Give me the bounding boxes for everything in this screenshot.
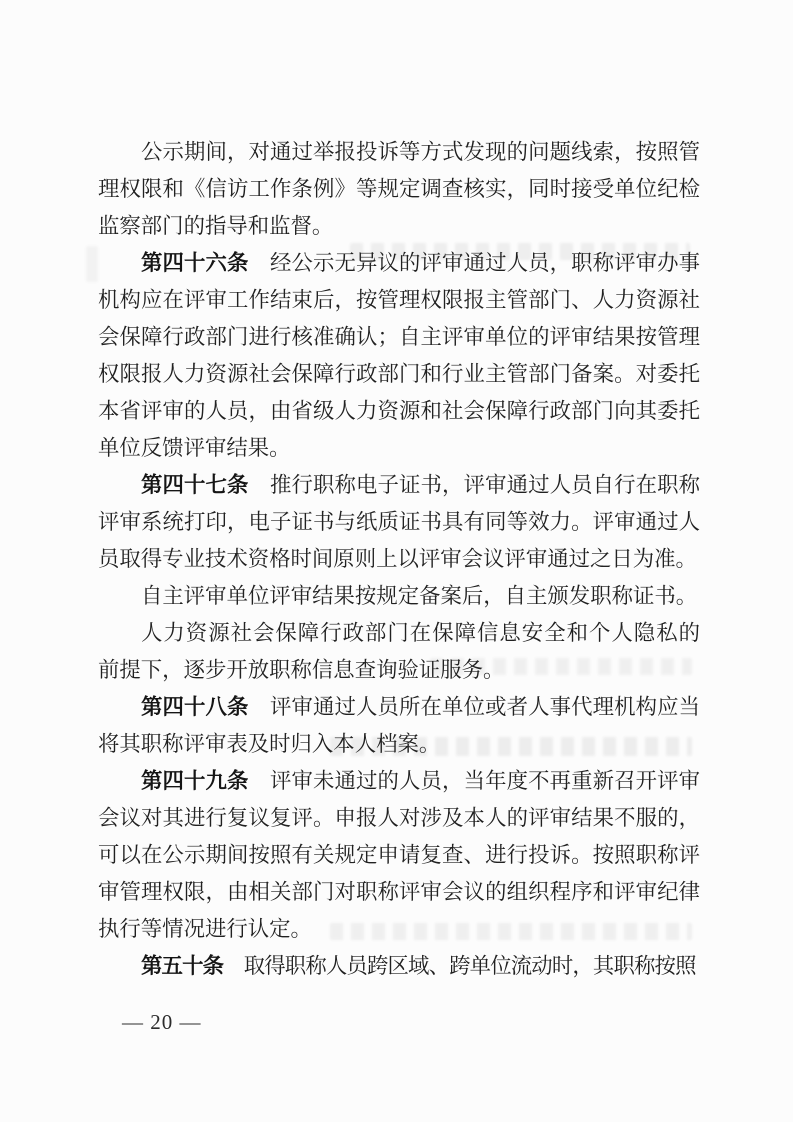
text-line: 会议对其进行复议复评。申报人对涉及本人的评审结果不服的， [98, 800, 700, 837]
text-segment: 审管理权限，由相关部门对职称评审会议的组织程序和评审纪律 [98, 880, 700, 904]
article-heading: 第四十八条 [141, 695, 249, 719]
text-segment: 评审系统打印，电子证书与纸质证书具有同等效力。评审通过人 [98, 510, 700, 534]
text-segment: 公示期间，对通过举报投诉等方式发现的问题线索，按照管 [141, 140, 700, 164]
text-line: 第四十六条 经公示无异议的评审通过人员，职称评审办事 [98, 245, 700, 282]
text-segment: 将其职称评审表及时归入本人档案。 [98, 732, 440, 756]
text-line: 人力资源社会保障行政部门在保障信息安全和个人隐私的 [98, 615, 700, 652]
text-line: 本省评审的人员，由省级人力资源和社会保障行政部门向其委托 [98, 393, 700, 430]
text-segment: 取得职称人员跨区域、跨单位流动时，其职称按照 [223, 954, 695, 978]
text-line: 监察部门的指导和监督。 [98, 208, 700, 245]
text-line: 理权限和《信访工作条例》等规定调查核实，同时接受单位纪检 [98, 171, 700, 208]
text-line: 单位反馈评审结果。 [98, 430, 700, 467]
text-segment: 推行职称电子证书，评审通过人员自行在职称 [249, 473, 700, 497]
text-segment: 评审通过人员所在单位或者人事代理机构应当 [249, 695, 700, 719]
text-segment: 会保障行政部门进行核准确认；自主评审单位的评审结果按管理 [98, 325, 700, 349]
page-number-label: — 20 — [122, 1010, 202, 1034]
text-segment: 机构应在评审工作结束后，按管理权限报主管部门、人力资源社 [98, 288, 700, 312]
text-segment: 本省评审的人员，由省级人力资源和社会保障行政部门向其委托 [98, 399, 700, 423]
text-line: 执行等情况进行认定。 [98, 911, 700, 948]
article-heading: 第四十九条 [141, 769, 249, 793]
text-segment: 权限报人力资源社会保障行政部门和行业主管部门备案。对委托 [98, 362, 700, 386]
text-segment: 理权限和《信访工作条例》等规定调查核实，同时接受单位纪检 [98, 177, 700, 201]
page-number: — 20 — [122, 1008, 202, 1036]
bleedthrough-artifact [86, 246, 98, 282]
article-heading: 第五十条 [141, 954, 223, 978]
text-line: 第四十九条 评审未通过的人员，当年度不再重新召开评审 [98, 763, 700, 800]
text-segment: 自主评审单位评审结果按规定备案后，自主颁发职称证书。 [141, 584, 697, 608]
text-line: 第四十七条 推行职称电子证书，评审通过人员自行在职称 [98, 467, 700, 504]
text-line: 第四十八条 评审通过人员所在单位或者人事代理机构应当 [98, 689, 700, 726]
text-line: 可以在公示期间按照有关规定申请复查、进行投诉。按照职称评 [98, 837, 700, 874]
text-segment: 评审未通过的人员，当年度不再重新召开评审 [249, 769, 700, 793]
text-line: 员取得专业技术资格时间原则上以评审会议评审通过之日为准。 [98, 541, 700, 578]
text-line: 会保障行政部门进行核准确认；自主评审单位的评审结果按管理 [98, 319, 700, 356]
text-block: 公示期间，对通过举报投诉等方式发现的问题线索，按照管理权限和《信访工作条例》等规… [98, 134, 700, 985]
document-page: 公示期间，对通过举报投诉等方式发现的问题线索，按照管理权限和《信访工作条例》等规… [0, 0, 793, 1122]
text-line: 前提下，逐步开放职称信息查询验证服务。 [98, 652, 700, 689]
text-line: 权限报人力资源社会保障行政部门和行业主管部门备案。对委托 [98, 356, 700, 393]
text-line: 将其职称评审表及时归入本人档案。 [98, 726, 700, 763]
text-line: 自主评审单位评审结果按规定备案后，自主颁发职称证书。 [98, 578, 700, 615]
text-line: 评审系统打印，电子证书与纸质证书具有同等效力。评审通过人 [98, 504, 700, 541]
text-segment: 经公示无异议的评审通过人员，职称评审办事 [249, 251, 700, 275]
text-line: 第五十条 取得职称人员跨区域、跨单位流动时，其职称按照 [98, 948, 700, 985]
article-heading: 第四十六条 [141, 251, 249, 275]
text-line: 公示期间，对通过举报投诉等方式发现的问题线索，按照管 [98, 134, 700, 171]
text-segment: 前提下，逐步开放职称信息查询验证服务。 [98, 658, 504, 682]
text-segment: 员取得专业技术资格时间原则上以评审会议评审通过之日为准。 [98, 547, 697, 571]
text-line: 机构应在评审工作结束后，按管理权限报主管部门、人力资源社 [98, 282, 700, 319]
article-heading: 第四十七条 [141, 473, 249, 497]
text-segment: 会议对其进行复议复评。申报人对涉及本人的评审结果不服的， [98, 806, 700, 830]
text-segment: 人力资源社会保障行政部门在保障信息安全和个人隐私的 [141, 621, 700, 645]
text-segment: 监察部门的指导和监督。 [98, 214, 333, 238]
text-segment: 单位反馈评审结果。 [98, 436, 291, 460]
text-segment: 可以在公示期间按照有关规定申请复查、进行投诉。按照职称评 [98, 843, 700, 867]
text-segment: 执行等情况进行认定。 [98, 917, 312, 941]
text-line: 审管理权限，由相关部门对职称评审会议的组织程序和评审纪律 [98, 874, 700, 911]
